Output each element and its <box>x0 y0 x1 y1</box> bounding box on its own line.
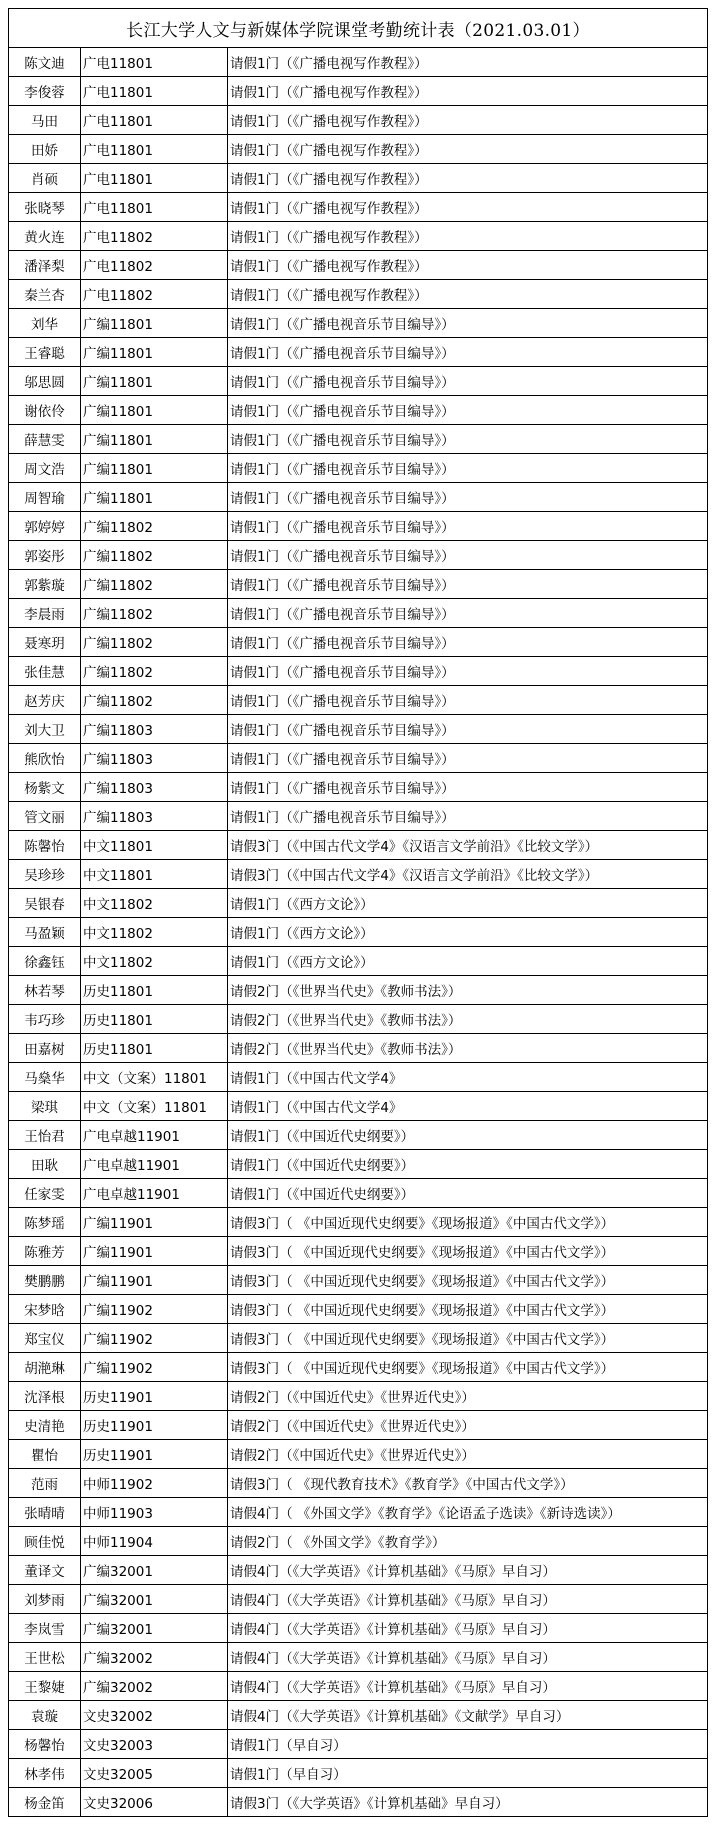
student-name-cell: 谢依伶 <box>9 396 81 424</box>
student-name-cell: 薛慧雯 <box>9 425 81 453</box>
table-row: 李晨雨 广编11802 请假1门（《广播电视音乐节目编导》） <box>9 599 707 628</box>
class-cell: 广编11901 <box>81 1237 228 1265</box>
leave-note-cell: 请假3门（《大学英语》《计算机基础》早自习） <box>228 1788 707 1816</box>
class-cell: 广编11803 <box>81 802 228 830</box>
student-name-cell: 陈雅芳 <box>9 1237 81 1265</box>
leave-note-cell: 请假1门（《广播电视音乐节目编导》） <box>228 309 707 337</box>
leave-note-cell: 请假1门（《中国古代文学4》 <box>228 1063 707 1091</box>
student-name-cell: 潘泽梨 <box>9 251 81 279</box>
student-name-cell: 刘华 <box>9 309 81 337</box>
student-name-cell: 史清艳 <box>9 1411 81 1439</box>
table-row: 顾佳悦 中师11904 请假2门（ 《外国文学》《教育学》） <box>9 1527 707 1556</box>
table-row: 张晓琴 广电11801 请假1门（《广播电视写作教程》） <box>9 193 707 222</box>
student-name-cell: 刘大卫 <box>9 715 81 743</box>
class-cell: 广编11801 <box>81 338 228 366</box>
student-name-cell: 郭姿彤 <box>9 541 81 569</box>
leave-note-cell: 请假3门（ 《中国近现代史纲要》《现场报道》《中国古代文学》） <box>228 1324 707 1352</box>
leave-note-cell: 请假3门（《中国古代文学4》《汉语言文学前沿》《比较文学》） <box>228 860 707 888</box>
table-row: 马燊华 中文（文案）11801 请假1门（《中国古代文学4》 <box>9 1063 707 1092</box>
class-cell: 文史32006 <box>81 1788 228 1816</box>
class-cell: 广编11902 <box>81 1295 228 1323</box>
table-row: 梁琪 中文（文案）11801 请假1门（《中国古代文学4》 <box>9 1092 707 1121</box>
leave-note-cell: 请假4门（《大学英语》《计算机基础》《马原》早自习） <box>228 1556 707 1584</box>
leave-note-cell: 请假1门（《广播电视音乐节目编导》） <box>228 425 707 453</box>
table-row: 刘梦雨 广编32001 请假4门（《大学英语》《计算机基础》《马原》早自习） <box>9 1585 707 1614</box>
leave-note-cell: 请假4门（《大学英语》《计算机基础》《马原》早自习） <box>228 1614 707 1642</box>
student-name-cell: 吴珍珍 <box>9 860 81 888</box>
class-cell: 广编11801 <box>81 425 228 453</box>
leave-note-cell: 请假2门（《世界当代史》《教师书法》） <box>228 1034 707 1062</box>
class-cell: 广电11801 <box>81 106 228 134</box>
class-cell: 中文11801 <box>81 831 228 859</box>
leave-note-cell: 请假2门（《中国近代史》《世界近代史》） <box>228 1382 707 1410</box>
student-name-cell: 陈梦瑶 <box>9 1208 81 1236</box>
class-cell: 广编11801 <box>81 454 228 482</box>
student-name-cell: 周智瑜 <box>9 483 81 511</box>
student-name-cell: 聂寒玥 <box>9 628 81 656</box>
table-row: 马盈颖 中文11802 请假1门（《西方文论》） <box>9 918 707 947</box>
table-row: 陈雅芳 广编11901 请假3门（ 《中国近现代史纲要》《现场报道》《中国古代文… <box>9 1237 707 1266</box>
leave-note-cell: 请假3门（ 《中国近现代史纲要》《现场报道》《中国古代文学》） <box>228 1237 707 1265</box>
leave-note-cell: 请假3门（《中国古代文学4》《汉语言文学前沿》《比较文学》） <box>228 831 707 859</box>
student-name-cell: 杨紫文 <box>9 773 81 801</box>
table-row: 杨馨怡 文史32003 请假1门（早自习） <box>9 1730 707 1759</box>
student-name-cell: 瞿怡 <box>9 1440 81 1468</box>
table-row: 谢依伶 广编11801 请假1门（《广播电视音乐节目编导》） <box>9 396 707 425</box>
student-name-cell: 樊鹏鹏 <box>9 1266 81 1294</box>
leave-note-cell: 请假4门（《大学英语》《计算机基础》《马原》早自习） <box>228 1643 707 1671</box>
leave-note-cell: 请假1门（《广播电视音乐节目编导》） <box>228 541 707 569</box>
table-row: 樊鹏鹏 广编11901 请假3门（ 《中国近现代史纲要》《现场报道》《中国古代文… <box>9 1266 707 1295</box>
leave-note-cell: 请假1门（《广播电视音乐节目编导》） <box>228 367 707 395</box>
class-cell: 广编11802 <box>81 628 228 656</box>
class-cell: 广编11803 <box>81 715 228 743</box>
table-row: 王怡君 广电卓越11901 请假1门（《中国近代史纲要》） <box>9 1121 707 1150</box>
leave-note-cell: 请假1门（《西方文论》） <box>228 918 707 946</box>
table-row: 史清艳 历史11901 请假2门（《中国近代史》《世界近代史》） <box>9 1411 707 1440</box>
student-name-cell: 黄火连 <box>9 222 81 250</box>
class-cell: 广编11802 <box>81 599 228 627</box>
table-row: 郑宝仪 广编11902 请假3门（ 《中国近现代史纲要》《现场报道》《中国古代文… <box>9 1324 707 1353</box>
student-name-cell: 王睿聪 <box>9 338 81 366</box>
leave-note-cell: 请假1门（《广播电视写作教程》） <box>228 106 707 134</box>
leave-note-cell: 请假1门（《广播电视写作教程》） <box>228 135 707 163</box>
table-row: 潘泽梨 广电11802 请假1门（《广播电视写作教程》） <box>9 251 707 280</box>
table-row: 田娇 广电11801 请假1门（《广播电视写作教程》） <box>9 135 707 164</box>
class-cell: 广编32001 <box>81 1556 228 1584</box>
class-cell: 历史11801 <box>81 976 228 1004</box>
student-name-cell: 王怡君 <box>9 1121 81 1149</box>
class-cell: 广编11802 <box>81 686 228 714</box>
student-name-cell: 顾佳悦 <box>9 1527 81 1555</box>
class-cell: 广电11801 <box>81 193 228 221</box>
student-name-cell: 肖硕 <box>9 164 81 192</box>
class-cell: 广编11802 <box>81 570 228 598</box>
class-cell: 广编11803 <box>81 773 228 801</box>
leave-note-cell: 请假1门（《中国近代史纲要》） <box>228 1179 707 1207</box>
student-name-cell: 任家雯 <box>9 1179 81 1207</box>
student-name-cell: 沈泽根 <box>9 1382 81 1410</box>
class-cell: 广电11801 <box>81 164 228 192</box>
class-cell: 广编32002 <box>81 1643 228 1671</box>
class-cell: 广电11801 <box>81 77 228 105</box>
table-row: 王睿聪 广编11801 请假1门（《广播电视音乐节目编导》） <box>9 338 707 367</box>
leave-note-cell: 请假3门（ 《中国近现代史纲要》《现场报道》《中国古代文学》） <box>228 1208 707 1236</box>
table-row: 周智瑜 广编11801 请假1门（《广播电视音乐节目编导》） <box>9 483 707 512</box>
student-name-cell: 陈文迪 <box>9 48 81 76</box>
student-name-cell: 刘梦雨 <box>9 1585 81 1613</box>
leave-note-cell: 请假3门（ 《中国近现代史纲要》《现场报道》《中国古代文学》） <box>228 1266 707 1294</box>
class-cell: 文史32005 <box>81 1759 228 1787</box>
class-cell: 中文11802 <box>81 889 228 917</box>
table-row: 聂寒玥 广编11802 请假1门（《广播电视音乐节目编导》） <box>9 628 707 657</box>
leave-note-cell: 请假1门（《中国近代史纲要》） <box>228 1121 707 1149</box>
leave-note-cell: 请假1门（《广播电视音乐节目编导》） <box>228 802 707 830</box>
class-cell: 中师11903 <box>81 1498 228 1526</box>
leave-note-cell: 请假1门（《广播电视音乐节目编导》） <box>228 773 707 801</box>
student-name-cell: 郑宝仪 <box>9 1324 81 1352</box>
table-row: 李岚雪 广编32001 请假4门（《大学英语》《计算机基础》《马原》早自习） <box>9 1614 707 1643</box>
table-row: 陈文迪 广电11801 请假1门（《广播电视写作教程》） <box>9 48 707 77</box>
class-cell: 广编11801 <box>81 396 228 424</box>
table-row: 杨紫文 广编11803 请假1门（《广播电视音乐节目编导》） <box>9 773 707 802</box>
leave-note-cell: 请假3门（ 《中国近现代史纲要》《现场报道》《中国古代文学》） <box>228 1295 707 1323</box>
student-name-cell: 杨金笛 <box>9 1788 81 1816</box>
class-cell: 广编11803 <box>81 744 228 772</box>
leave-note-cell: 请假1门（《广播电视写作教程》） <box>228 280 707 308</box>
student-name-cell: 邬思圆 <box>9 367 81 395</box>
table-row: 肖硕 广电11801 请假1门（《广播电视写作教程》） <box>9 164 707 193</box>
table-row: 沈泽根 历史11901 请假2门（《中国近代史》《世界近代史》） <box>9 1382 707 1411</box>
leave-note-cell: 请假2门（《世界当代史》《教师书法》） <box>228 976 707 1004</box>
class-cell: 中文11802 <box>81 947 228 975</box>
table-row: 黄火连 广电11802 请假1门（《广播电视写作教程》） <box>9 222 707 251</box>
student-name-cell: 徐鑫钰 <box>9 947 81 975</box>
table-row: 徐鑫钰 中文11802 请假1门（《西方文论》） <box>9 947 707 976</box>
table-row: 田嘉树 历史11801 请假2门（《世界当代史》《教师书法》） <box>9 1034 707 1063</box>
class-cell: 广编32001 <box>81 1614 228 1642</box>
table-row: 吴珍珍 中文11801 请假3门（《中国古代文学4》《汉语言文学前沿》《比较文学… <box>9 860 707 889</box>
student-name-cell: 吴银春 <box>9 889 81 917</box>
attendance-table: 长江大学人文与新媒体学院课堂考勤统计表（2021.03.01） 陈文迪 广电11… <box>8 8 708 1817</box>
student-name-cell: 王世松 <box>9 1643 81 1671</box>
leave-note-cell: 请假1门（《广播电视音乐节目编导》） <box>228 657 707 685</box>
class-cell: 广编11802 <box>81 541 228 569</box>
student-name-cell: 周文浩 <box>9 454 81 482</box>
class-cell: 广编32001 <box>81 1585 228 1613</box>
leave-note-cell: 请假2门（《中国近代史》《世界近代史》） <box>228 1440 707 1468</box>
class-cell: 广编11902 <box>81 1353 228 1381</box>
class-cell: 广编11802 <box>81 512 228 540</box>
student-name-cell: 杨馨怡 <box>9 1730 81 1758</box>
student-name-cell: 田耿 <box>9 1150 81 1178</box>
student-name-cell: 宋梦晗 <box>9 1295 81 1323</box>
class-cell: 中文11802 <box>81 918 228 946</box>
leave-note-cell: 请假1门（《广播电视写作教程》） <box>228 164 707 192</box>
leave-note-cell: 请假1门（《广播电视音乐节目编导》） <box>228 396 707 424</box>
leave-note-cell: 请假1门（《广播电视写作教程》） <box>228 77 707 105</box>
leave-note-cell: 请假1门（《广播电视音乐节目编导》） <box>228 744 707 772</box>
leave-note-cell: 请假1门（《中国近代史纲要》） <box>228 1150 707 1178</box>
table-row: 刘大卫 广编11803 请假1门（《广播电视音乐节目编导》） <box>9 715 707 744</box>
class-cell: 广编11901 <box>81 1266 228 1294</box>
leave-note-cell: 请假2门（《世界当代史》《教师书法》） <box>228 1005 707 1033</box>
table-row: 管文丽 广编11803 请假1门（《广播电视音乐节目编导》） <box>9 802 707 831</box>
class-cell: 广编11801 <box>81 367 228 395</box>
class-cell: 广电卓越11901 <box>81 1150 228 1178</box>
table-row: 宋梦晗 广编11902 请假3门（ 《中国近现代史纲要》《现场报道》《中国古代文… <box>9 1295 707 1324</box>
student-name-cell: 李俊蓉 <box>9 77 81 105</box>
table-row: 田耿 广电卓越11901 请假1门（《中国近代史纲要》） <box>9 1150 707 1179</box>
class-cell: 中师11902 <box>81 1469 228 1497</box>
table-row: 林孝伟 文史32005 请假1门（早自习） <box>9 1759 707 1788</box>
class-cell: 历史11801 <box>81 1034 228 1062</box>
class-cell: 中文（文案）11801 <box>81 1092 228 1120</box>
leave-note-cell: 请假1门（《广播电视音乐节目编导》） <box>228 686 707 714</box>
table-row: 郭姿彤 广编11802 请假1门（《广播电视音乐节目编导》） <box>9 541 707 570</box>
table-row: 范雨 中师11902 请假3门（ 《现代教育技术》《教育学》《中国古代文学》） <box>9 1469 707 1498</box>
leave-note-cell: 请假1门（《广播电视写作教程》） <box>228 193 707 221</box>
class-cell: 广电11801 <box>81 48 228 76</box>
table-row: 陈馨怡 中文11801 请假3门（《中国古代文学4》《汉语言文学前沿》《比较文学… <box>9 831 707 860</box>
student-name-cell: 张晴晴 <box>9 1498 81 1526</box>
student-name-cell: 董译文 <box>9 1556 81 1584</box>
leave-note-cell: 请假1门（《中国古代文学4》 <box>228 1092 707 1120</box>
student-name-cell: 林若琴 <box>9 976 81 1004</box>
leave-note-cell: 请假4门（ 《外国文学》《教育学》《论语孟子选读》《新诗选读》） <box>228 1498 707 1526</box>
leave-note-cell: 请假2门（《中国近代史》《世界近代史》） <box>228 1411 707 1439</box>
student-name-cell: 马盈颖 <box>9 918 81 946</box>
leave-note-cell: 请假1门（《广播电视写作教程》） <box>228 48 707 76</box>
table-row: 刘华 广编11801 请假1门（《广播电视音乐节目编导》） <box>9 309 707 338</box>
leave-note-cell: 请假2门（ 《外国文学》《教育学》） <box>228 1527 707 1555</box>
table-row: 郭紫璇 广编11802 请假1门（《广播电视音乐节目编导》） <box>9 570 707 599</box>
class-cell: 历史11801 <box>81 1005 228 1033</box>
table-row: 陈梦瑶 广编11901 请假3门（ 《中国近现代史纲要》《现场报道》《中国古代文… <box>9 1208 707 1237</box>
class-cell: 历史11901 <box>81 1440 228 1468</box>
class-cell: 广电卓越11901 <box>81 1121 228 1149</box>
table-row: 薛慧雯 广编11801 请假1门（《广播电视音乐节目编导》） <box>9 425 707 454</box>
leave-note-cell: 请假3门（ 《中国近现代史纲要》《现场报道》《中国古代文学》） <box>228 1353 707 1381</box>
leave-note-cell: 请假1门（《广播电视音乐节目编导》） <box>228 599 707 627</box>
class-cell: 历史11901 <box>81 1382 228 1410</box>
student-name-cell: 张晓琴 <box>9 193 81 221</box>
table-row: 马田 广电11801 请假1门（《广播电视写作教程》） <box>9 106 707 135</box>
leave-note-cell: 请假4门（《大学英语》《计算机基础》《马原》早自习） <box>228 1585 707 1613</box>
table-row: 王黎婕 广编32002 请假4门（《大学英语》《计算机基础》《马原》早自习） <box>9 1672 707 1701</box>
student-name-cell: 马田 <box>9 106 81 134</box>
class-cell: 广电11801 <box>81 135 228 163</box>
table-row: 郭婷婷 广编11802 请假1门（《广播电视音乐节目编导》） <box>9 512 707 541</box>
leave-note-cell: 请假1门（《广播电视音乐节目编导》） <box>228 512 707 540</box>
leave-note-cell: 请假1门（《广播电视音乐节目编导》） <box>228 715 707 743</box>
table-row: 林若琴 历史11801 请假2门（《世界当代史》《教师书法》） <box>9 976 707 1005</box>
student-name-cell: 李岚雪 <box>9 1614 81 1642</box>
class-cell: 广编11901 <box>81 1208 228 1236</box>
table-row: 秦兰杏 广电11802 请假1门（《广播电视写作教程》） <box>9 280 707 309</box>
leave-note-cell: 请假1门（《广播电视音乐节目编导》） <box>228 628 707 656</box>
table-row: 胡滟琳 广编11902 请假3门（ 《中国近现代史纲要》《现场报道》《中国古代文… <box>9 1353 707 1382</box>
class-cell: 广电11802 <box>81 280 228 308</box>
class-cell: 中文（文案）11801 <box>81 1063 228 1091</box>
table-row: 张晴晴 中师11903 请假4门（ 《外国文学》《教育学》《论语孟子选读》《新诗… <box>9 1498 707 1527</box>
table-row: 袁璇 文史32002 请假4门（《大学英语》《计算机基础》《文献学》早自习） <box>9 1701 707 1730</box>
leave-note-cell: 请假1门（《广播电视音乐节目编导》） <box>228 338 707 366</box>
leave-note-cell: 请假1门（《西方文论》） <box>228 889 707 917</box>
class-cell: 文史32003 <box>81 1730 228 1758</box>
leave-note-cell: 请假4门（《大学英语》《计算机基础》《马原》早自习） <box>228 1672 707 1700</box>
class-cell: 广编11801 <box>81 483 228 511</box>
class-cell: 广电11802 <box>81 251 228 279</box>
student-name-cell: 胡滟琳 <box>9 1353 81 1381</box>
leave-note-cell: 请假4门（《大学英语》《计算机基础》《文献学》早自习） <box>228 1701 707 1729</box>
class-cell: 广电卓越11901 <box>81 1179 228 1207</box>
student-name-cell: 田娇 <box>9 135 81 163</box>
leave-note-cell: 请假1门（《广播电视写作教程》） <box>228 222 707 250</box>
student-name-cell: 田嘉树 <box>9 1034 81 1062</box>
student-name-cell: 管文丽 <box>9 802 81 830</box>
leave-note-cell: 请假1门（早自习） <box>228 1730 707 1758</box>
table-row: 李俊蓉 广电11801 请假1门（《广播电视写作教程》） <box>9 77 707 106</box>
class-cell: 广编11902 <box>81 1324 228 1352</box>
table-row: 张佳慧 广编11802 请假1门（《广播电视音乐节目编导》） <box>9 657 707 686</box>
student-name-cell: 郭婷婷 <box>9 512 81 540</box>
student-name-cell: 韦巧珍 <box>9 1005 81 1033</box>
class-cell: 广电11802 <box>81 222 228 250</box>
leave-note-cell: 请假1门（《广播电视写作教程》） <box>228 251 707 279</box>
student-name-cell: 王黎婕 <box>9 1672 81 1700</box>
leave-note-cell: 请假1门（《广播电视音乐节目编导》） <box>228 454 707 482</box>
student-name-cell: 郭紫璇 <box>9 570 81 598</box>
table-row: 任家雯 广电卓越11901 请假1门（《中国近代史纲要》） <box>9 1179 707 1208</box>
table-row: 韦巧珍 历史11801 请假2门（《世界当代史》《教师书法》） <box>9 1005 707 1034</box>
leave-note-cell: 请假3门（ 《现代教育技术》《教育学》《中国古代文学》） <box>228 1469 707 1497</box>
table-row: 周文浩 广编11801 请假1门（《广播电视音乐节目编导》） <box>9 454 707 483</box>
student-name-cell: 林孝伟 <box>9 1759 81 1787</box>
table-row: 杨金笛 文史32006 请假3门（《大学英语》《计算机基础》早自习） <box>9 1788 707 1816</box>
student-name-cell: 秦兰杏 <box>9 280 81 308</box>
student-name-cell: 梁琪 <box>9 1092 81 1120</box>
class-cell: 中师11904 <box>81 1527 228 1555</box>
class-cell: 广编11801 <box>81 309 228 337</box>
table-title: 长江大学人文与新媒体学院课堂考勤统计表（2021.03.01） <box>9 9 707 48</box>
table-row: 熊欣怡 广编11803 请假1门（《广播电视音乐节目编导》） <box>9 744 707 773</box>
leave-note-cell: 请假1门（《广播电视音乐节目编导》） <box>228 570 707 598</box>
leave-note-cell: 请假1门（《广播电视音乐节目编导》） <box>228 483 707 511</box>
student-name-cell: 赵芳庆 <box>9 686 81 714</box>
leave-note-cell: 请假1门（早自习） <box>228 1759 707 1787</box>
table-row: 瞿怡 历史11901 请假2门（《中国近代史》《世界近代史》） <box>9 1440 707 1469</box>
student-name-cell: 袁璇 <box>9 1701 81 1729</box>
table-body: 陈文迪 广电11801 请假1门（《广播电视写作教程》） 李俊蓉 广电11801… <box>9 48 707 1816</box>
student-name-cell: 陈馨怡 <box>9 831 81 859</box>
class-cell: 历史11901 <box>81 1411 228 1439</box>
class-cell: 中文11801 <box>81 860 228 888</box>
student-name-cell: 马燊华 <box>9 1063 81 1091</box>
table-row: 王世松 广编32002 请假4门（《大学英语》《计算机基础》《马原》早自习） <box>9 1643 707 1672</box>
table-row: 吴银春 中文11802 请假1门（《西方文论》） <box>9 889 707 918</box>
student-name-cell: 熊欣怡 <box>9 744 81 772</box>
class-cell: 广编11802 <box>81 657 228 685</box>
student-name-cell: 张佳慧 <box>9 657 81 685</box>
student-name-cell: 范雨 <box>9 1469 81 1497</box>
class-cell: 文史32002 <box>81 1701 228 1729</box>
leave-note-cell: 请假1门（《西方文论》） <box>228 947 707 975</box>
table-row: 董译文 广编32001 请假4门（《大学英语》《计算机基础》《马原》早自习） <box>9 1556 707 1585</box>
table-row: 赵芳庆 广编11802 请假1门（《广播电视音乐节目编导》） <box>9 686 707 715</box>
table-row: 邬思圆 广编11801 请假1门（《广播电视音乐节目编导》） <box>9 367 707 396</box>
student-name-cell: 李晨雨 <box>9 599 81 627</box>
class-cell: 广编32002 <box>81 1672 228 1700</box>
